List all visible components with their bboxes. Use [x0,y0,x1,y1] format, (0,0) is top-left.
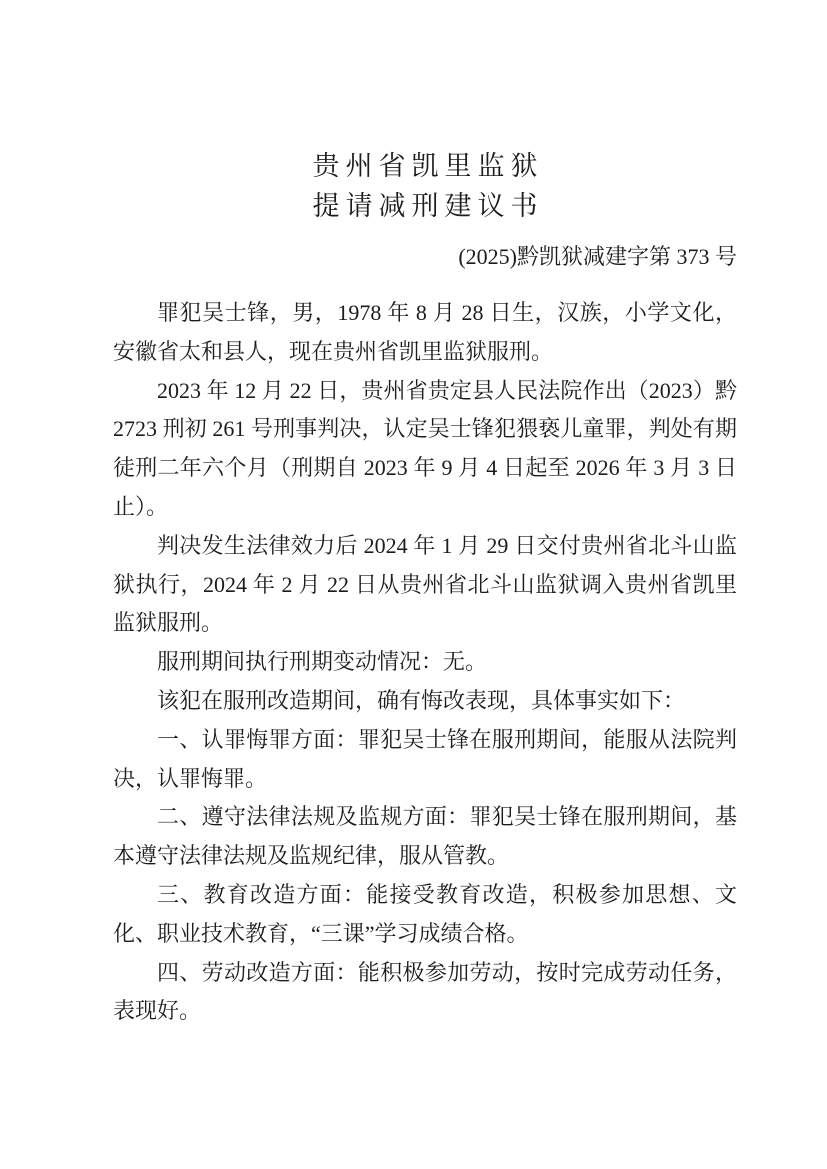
paragraph-reform-intro: 该犯在服刑改造期间，确有悔改表现，具体事实如下： [113,682,737,721]
paragraph-sentence-change: 服刑期间执行刑期变动情况：无。 [113,643,737,682]
paragraph-item-1-confession: 一、认罪悔罪方面：罪犯吴士锋在服刑期间，能服从法院判决，认罪悔罪。 [113,721,737,799]
document-title-line1: 贵州省凯里监狱 [113,146,737,186]
paragraph-item-4-labor: 四、劳动改造方面：能积极参加劳动，按时完成劳动任务，表现好。 [113,954,737,1032]
document-header: 贵州省凯里监狱 提请减刑建议书 (2025)黔凯狱减建字第 373 号 [113,146,737,272]
document-number: (2025)黔凯狱减建字第 373 号 [113,242,737,272]
document-body: 罪犯吴士锋，男，1978 年 8 月 28 日生，汉族，小学文化，安徽省太和县人… [113,294,737,1031]
paragraph-item-3-education: 三、教育改造方面：能接受教育改造，积极参加思想、文化、职业技术教育，“三课”学习… [113,876,737,954]
paragraph-judgment: 2023 年 12 月 22 日，贵州省贵定县人民法院作出（2023）黔 272… [113,372,737,527]
paragraph-prison-transfer: 判决发生法律效力后 2024 年 1 月 29 日交付贵州省北斗山监狱执行，20… [113,527,737,643]
document-title-line2: 提请减刑建议书 [113,186,737,226]
paragraph-inmate-info: 罪犯吴士锋，男，1978 年 8 月 28 日生，汉族，小学文化，安徽省太和县人… [113,294,737,372]
paragraph-item-2-discipline: 二、遵守法律法规及监规方面：罪犯吴士锋在服刑期间，基本遵守法律法规及监规纪律，服… [113,798,737,876]
document-page: 贵州省凯里监狱 提请减刑建议书 (2025)黔凯狱减建字第 373 号 罪犯吴士… [0,0,827,1169]
